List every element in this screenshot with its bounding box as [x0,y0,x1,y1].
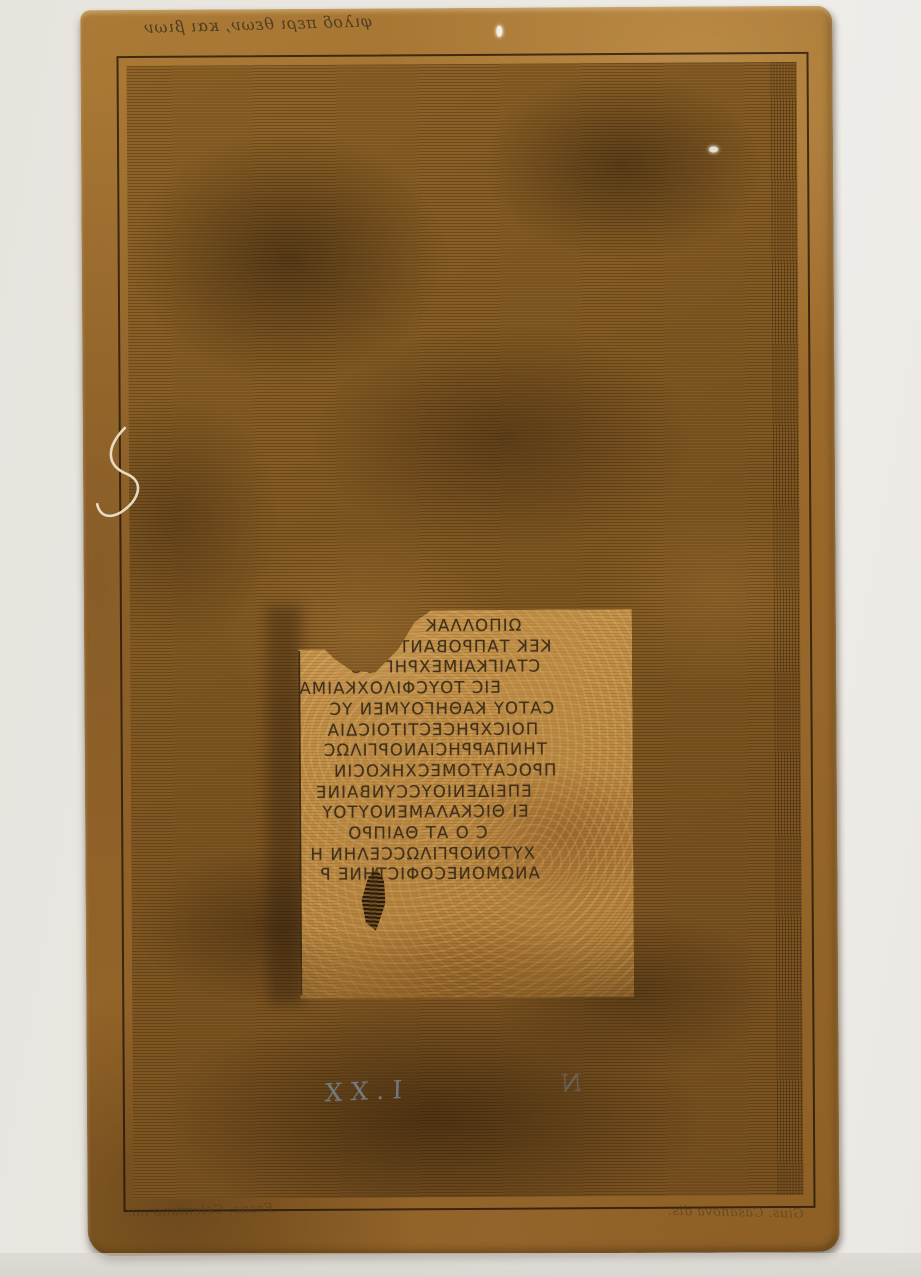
greek-text-line: C Ο ΑΤ ΘΑΙΠΡΟ [299,822,633,845]
greek-text-line: ΑΝΩΜΟΝΕCΟΦΙCΤΗΝΕ Ρ [299,863,633,886]
greek-text-line: ΠΡΟCΑΥΤΟΜΕCΧΗΚΟCΙΝ [299,760,633,783]
greek-text-line: ΧΥΤΟΝΟΡΓΙΛΩCCΕΛΗΝ Η [299,843,633,866]
greek-text-line: ΕΠΕΙΔΕΝΙΟΥCCΥΝΒΑΙΝΕ [299,781,633,804]
scratch-thread [85,422,156,534]
top-title-annotation: φιλοδ περι θεων, και βιων [100,11,372,38]
highlight-speck-top [496,26,502,37]
greek-text-line: ΕΙ ΘΙCΚΑΛΑΜΕΝΟΥΤΟΥ [299,801,633,824]
greek-text-line: ΤΗΝΠΑΡΡΗCΙΑΝΟΡΓΙΛΩC [299,739,633,762]
plate-number: XX.I [324,1075,410,1107]
plate-number-secondary: N [560,1069,582,1098]
photograph-background: φιλοδ περι θεων, και βιων ΩΙΠΟΛΛΑΚΚΕΚ ΤΑ… [0,0,921,1277]
greek-text-line: CΑΤΟΥ ΚΑΘΗΓΟΥΜΕΝ ΥC [298,698,632,721]
highlight-speck-right [709,146,718,152]
copper-plate: φιλοδ περι θεων, και βιων ΩΙΠΟΛΛΑΚΚΕΚ ΤΑ… [80,6,840,1257]
engraver-signature: Franc. Celentano inc. [109,1201,273,1220]
draughtsman-signature: Gius. Casanova dis. [607,1202,803,1221]
greek-text-line: ΕΙC ΤΟΥCΦΙΛΟΧΚΑΙΜΑ [298,677,632,700]
photo-bottom-shadow-strip [0,1253,921,1277]
greek-text-line: ΠΟΙCΧΡΗCΕCΤΙΤΟΙCΔΙΑ [299,718,633,741]
